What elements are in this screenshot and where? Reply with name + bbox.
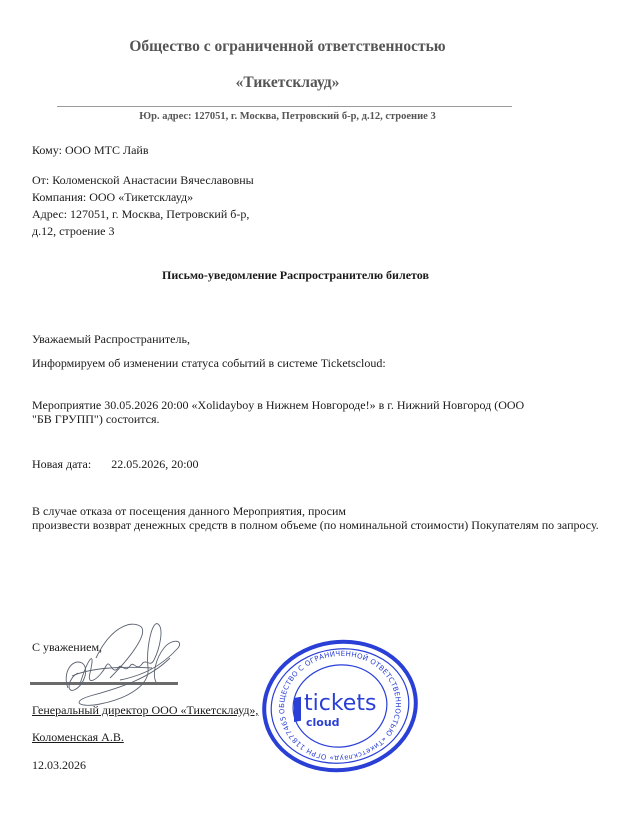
intro-text: Информируем об изменении статуса событий… xyxy=(32,356,386,371)
signatory-position: Генеральный директор ООО «Тикетсклауд», xyxy=(32,703,258,718)
company-name-line1: Общество с ограниченной ответственностью xyxy=(0,38,575,56)
recipient-line: Кому: ООО МТС Лайв xyxy=(32,143,149,158)
event-line2: "БВ ГРУПП") состоится. xyxy=(32,412,160,427)
new-date-row: Новая дата:22.05.2026, 20:00 xyxy=(32,457,199,472)
letter-date: 12.03.2026 xyxy=(32,758,86,773)
greeting: Уважаемый Распространитель, xyxy=(32,332,190,347)
refund-line2: произвести возврат денежных средств в по… xyxy=(32,518,599,533)
stamp-logo-main: tickets xyxy=(304,691,376,716)
event-line1: Мероприятие 30.05.2026 20:00 «Xolidayboy… xyxy=(32,398,524,413)
sender-address-line2: д.12, строение 3 xyxy=(32,224,114,239)
header-divider xyxy=(57,106,512,107)
legal-address: Юр. адрес: 127051, г. Москва, Петровский… xyxy=(0,111,575,122)
sender-address-line1: Адрес: 127051, г. Москва, Петровский б-р… xyxy=(32,207,249,222)
new-date-value: 22.05.2026, 20:00 xyxy=(111,457,198,471)
signature-icon xyxy=(60,618,190,710)
new-date-label: Новая дата: xyxy=(32,457,91,471)
sender-from: От: Коломенской Анастасии Вячеславовны xyxy=(32,173,254,188)
company-stamp-icon: ОБЩЕСТВО С ОГРАНИЧЕННОЙ ОТВЕТСТВЕННОСТЬЮ… xyxy=(260,638,420,774)
company-name-line2: «Тикетсклауд» xyxy=(0,74,575,92)
stamp-logo-sub: cloud xyxy=(306,716,340,729)
letter-title: Письмо-уведомление Распространителю биле… xyxy=(162,268,429,283)
refund-line1: В случае отказа от посещения данного Мер… xyxy=(32,504,346,519)
signatory-name: Коломенская А.В. xyxy=(32,730,124,745)
sender-company: Компания: ООО «Тикетсклауд» xyxy=(32,190,193,205)
